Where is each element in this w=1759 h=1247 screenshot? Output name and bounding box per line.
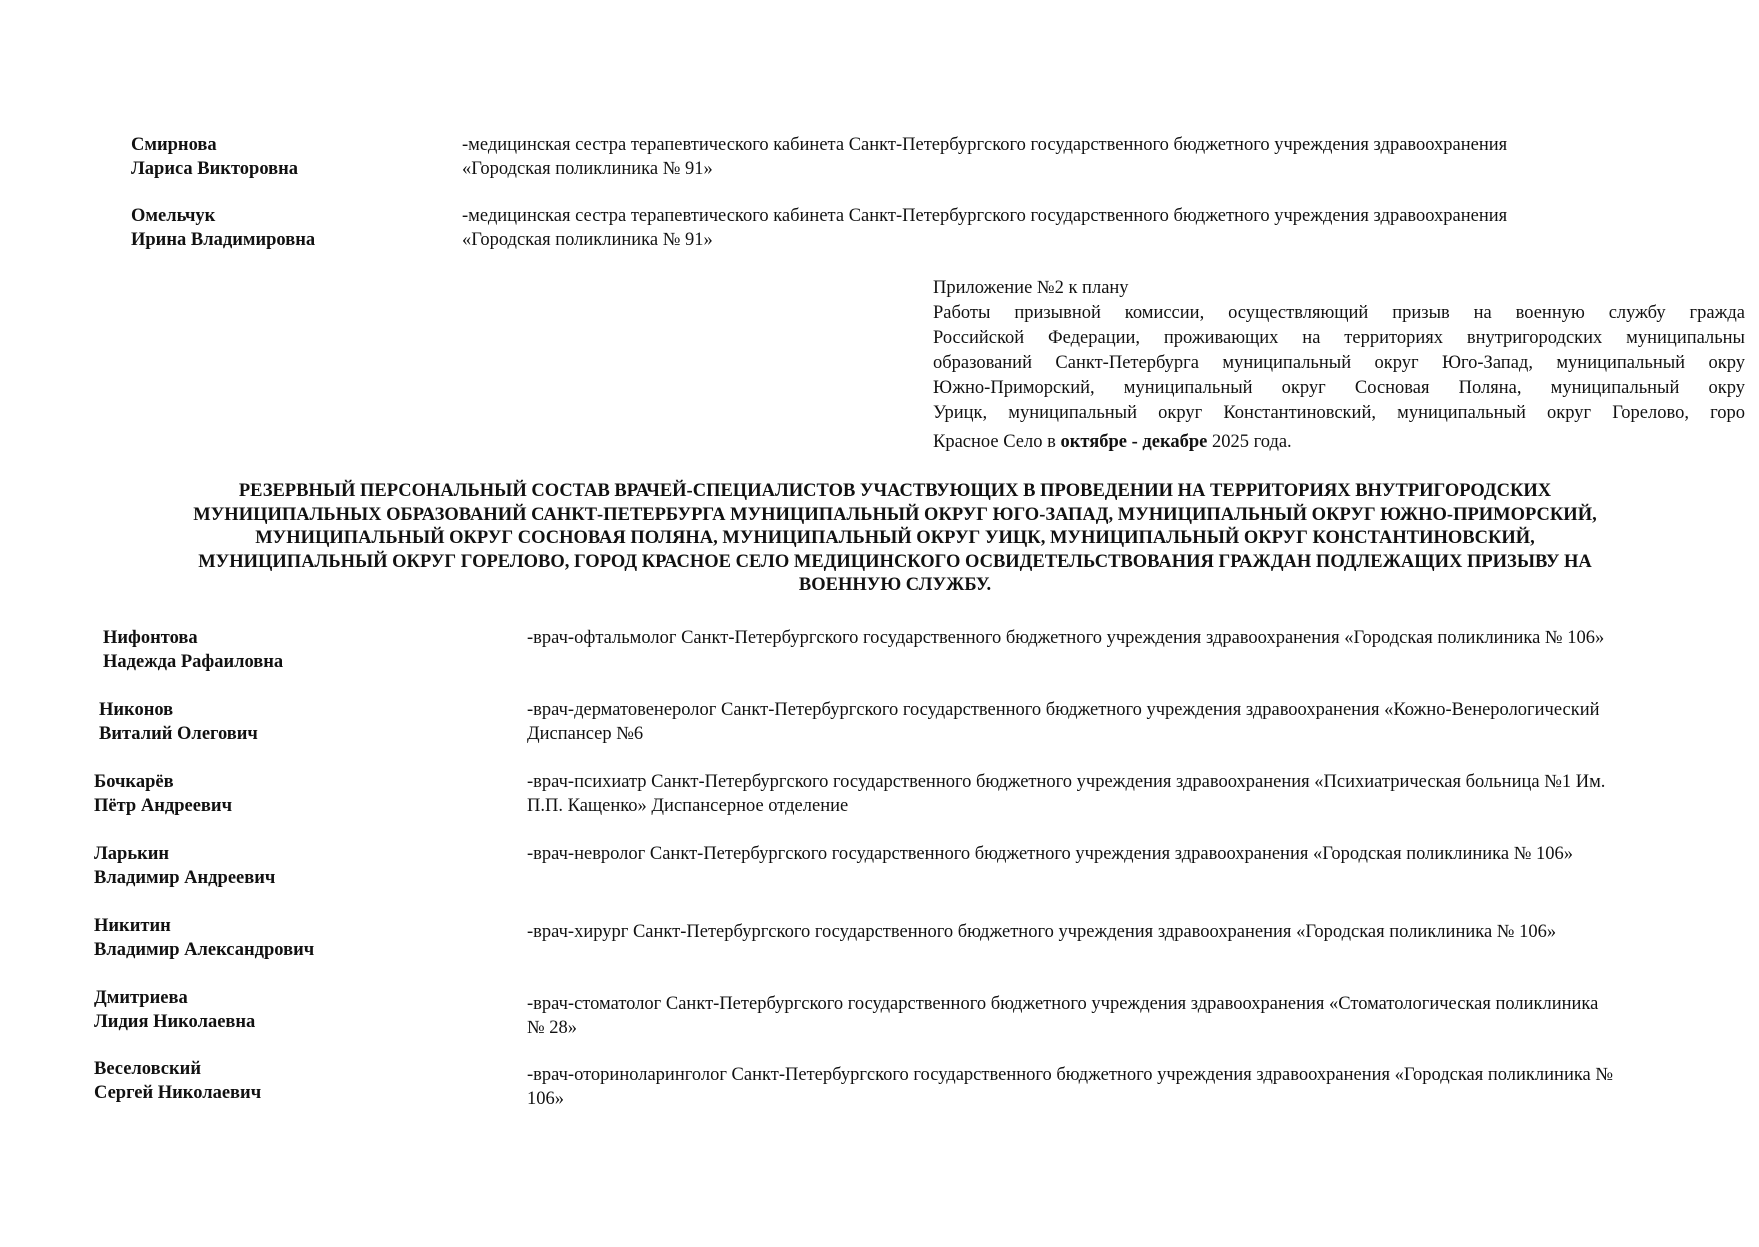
surname: Смирнова (131, 133, 298, 157)
surname: Омельчук (131, 204, 315, 228)
surname: Нифонтова (103, 626, 283, 650)
surname: Ларькин (94, 842, 275, 866)
appendix-header: Приложение №2 к плану Работы призывной к… (933, 276, 1745, 455)
staff-position: -врач-офтальмолог Санкт-Петербургского г… (527, 626, 1604, 650)
surname: Бочкарёв (94, 770, 232, 794)
staff-name: НиконовВиталий Олегович (99, 698, 258, 746)
staff-name: ВеселовскийСергей Николаевич (94, 1057, 261, 1105)
given-names: Лариса Викторовна (131, 157, 298, 181)
given-names: Виталий Олегович (99, 722, 258, 746)
given-names: Владимир Александрович (94, 938, 314, 962)
staff-position: -врач-дерматовенеролог Санкт-Петербургск… (527, 698, 1600, 746)
staff-position: -врач-психиатр Санкт-Петербургского госу… (527, 770, 1605, 818)
surname: Дмитриева (94, 986, 255, 1010)
given-names: Сергей Николаевич (94, 1081, 261, 1105)
appendix-heading: Приложение №2 к плану (933, 276, 1745, 301)
staff-name: НикитинВладимир Александрович (94, 914, 314, 962)
staff-name: ЛарькинВладимир Андреевич (94, 842, 275, 890)
staff-name: Смирнова Лариса Викторовна (131, 133, 298, 181)
document-title: РЕЗЕРВНЫЙ ПЕРСОНАЛЬНЫЙ СОСТАВ ВРАЧЕЙ-СПЕ… (90, 480, 1700, 598)
staff-name: ДмитриеваЛидия Николаевна (94, 986, 255, 1034)
staff-position: -медицинская сестра терапевтического каб… (462, 133, 1507, 181)
given-names: Владимир Андреевич (94, 866, 275, 890)
given-names: Ирина Владимировна (131, 228, 315, 252)
appendix-period: Красное Село в октябре - декабре 2025 го… (933, 430, 1745, 455)
surname: Никонов (99, 698, 258, 722)
staff-name: НифонтоваНадежда Рафаиловна (103, 626, 283, 674)
staff-position: -врач-невролог Санкт-Петербургского госу… (527, 842, 1573, 866)
staff-position: -врач-стоматолог Санкт-Петербургского го… (527, 992, 1598, 1040)
staff-position: -врач-хирург Санкт-Петербургского госуда… (527, 920, 1556, 944)
staff-name: Омельчук Ирина Владимировна (131, 204, 315, 252)
document-page: Смирнова Лариса Викторовна -медицинская … (0, 0, 1759, 1247)
given-names: Лидия Николаевна (94, 1010, 255, 1034)
surname: Никитин (94, 914, 314, 938)
given-names: Пётр Андреевич (94, 794, 232, 818)
staff-name: БочкарёвПётр Андреевич (94, 770, 232, 818)
staff-position: -врач-оториноларинголог Санкт-Петербургс… (527, 1063, 1613, 1111)
given-names: Надежда Рафаиловна (103, 650, 283, 674)
surname: Веселовский (94, 1057, 261, 1081)
staff-position: -медицинская сестра терапевтического каб… (462, 204, 1507, 252)
